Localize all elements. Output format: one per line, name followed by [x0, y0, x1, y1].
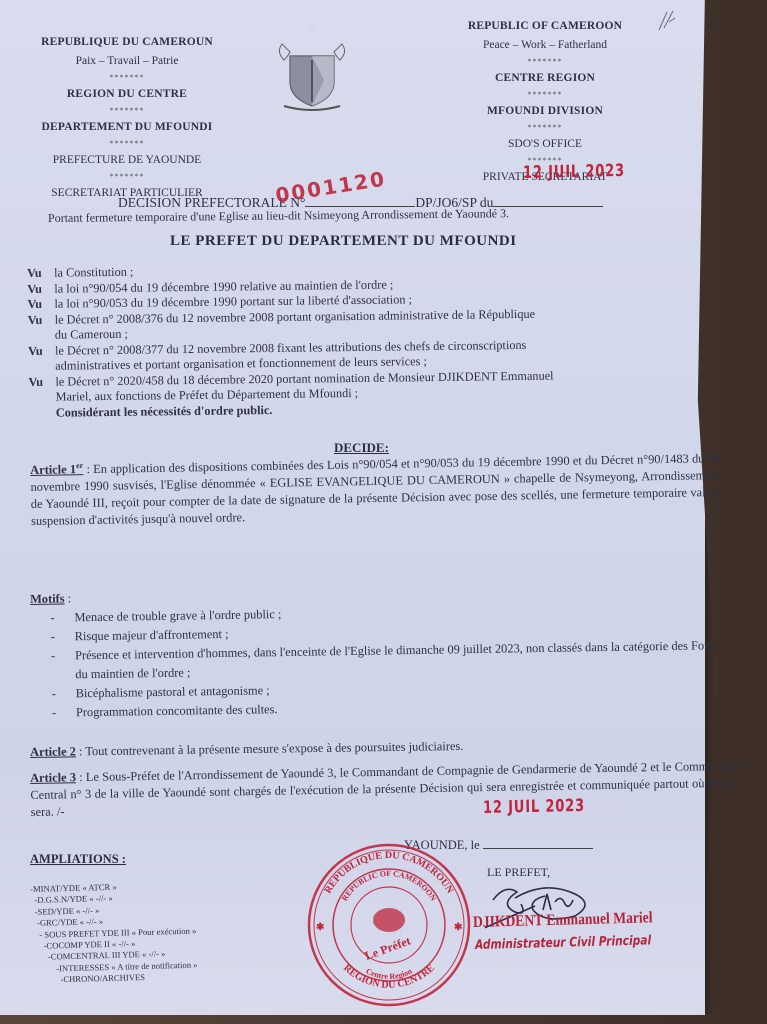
article-3-label: Article 3: [30, 770, 76, 785]
article-3-text: : Le Sous-Préfet de l'Arrondissement de …: [30, 759, 740, 819]
svg-text:·····: ·····: [310, 27, 315, 31]
vu-label: Vu: [27, 297, 54, 313]
authority-title: LE PREFET DU DEPARTEMENT DU MFOUNDI: [170, 233, 517, 250]
vu-label: Vu: [28, 312, 55, 328]
header-line: CENTRE REGION: [430, 71, 660, 85]
motif-text: Programmation concomitante des cultes.: [76, 700, 278, 722]
article-1-label: Article 1er: [30, 462, 83, 477]
vu-list: Vula Constitution ;Vula loi n°90/054 du …: [27, 258, 679, 421]
header-separator: *******: [12, 172, 242, 182]
vu-label: Vu: [27, 266, 54, 282]
header-line: Paix – Travail – Patrie: [12, 54, 242, 68]
vu-label: Vu: [28, 343, 55, 359]
ampliations-title: AMPLIATIONS :: [30, 852, 126, 867]
article-2-label: Article 2: [30, 744, 76, 759]
bullet-dash: -: [50, 608, 74, 627]
article-1: Article 1er : En application des disposi…: [30, 446, 721, 530]
header-line: REPUBLIQUE DU CAMEROUN: [12, 35, 242, 49]
official-seal-icon: REPUBLIQUE DU CAMEROUN REGION DU CENTRE …: [304, 840, 474, 1010]
motifs-section: Motifs : -Menace de trouble grave à l'or…: [30, 579, 732, 723]
header-line: Peace – Work – Fatherland: [430, 38, 660, 52]
cameroon-coat-of-arms-icon: ·····: [272, 22, 352, 114]
bullet-dash: -: [51, 684, 75, 703]
header-separator: *******: [430, 123, 660, 133]
vu-label: Vu: [28, 374, 55, 390]
header-line: REGION DU CENTRE: [12, 87, 242, 101]
svg-text:REPUBLIC OF CAMEROON: REPUBLIC OF CAMEROON: [340, 869, 438, 903]
vu-label: [28, 359, 55, 375]
bullet-dash: -: [52, 703, 76, 722]
motif-text: Risque majeur d'affrontement ;: [75, 625, 229, 646]
motifs-list: -Menace de trouble grave à l'ordre publi…: [30, 598, 732, 723]
header-line: DEPARTEMENT DU MFOUNDI: [12, 120, 242, 134]
header-line: REPUBLIC OF CAMEROON: [430, 19, 660, 33]
header-line: SDO'S OFFICE: [430, 137, 660, 151]
header-separator: *******: [430, 57, 660, 67]
bullet-dash: -: [51, 627, 75, 646]
vu-label: Vu: [27, 281, 54, 297]
bullet-dash: -: [51, 646, 76, 684]
svg-text:✱: ✱: [454, 922, 463, 933]
header-line: PREFECTURE DE YAOUNDE: [12, 153, 242, 167]
vu-label: [28, 328, 55, 344]
header-separator: *******: [430, 90, 660, 100]
motif-text: Menace de trouble grave à l'ordre public…: [74, 605, 281, 627]
article-1-text: : En application des dispositions combin…: [30, 451, 720, 528]
svg-text:✱: ✱: [316, 922, 325, 933]
header-left: REPUBLIQUE DU CAMEROUNPaix – Travail – P…: [12, 35, 242, 205]
motifs-label: Motifs: [30, 591, 65, 606]
vu-label: [29, 390, 56, 406]
header-separator: *******: [12, 106, 242, 116]
header-separator: *******: [12, 73, 242, 83]
ampliations-list: -MINAT/YDE « ATCR »-D.G.S.N/YDE « -//- »…: [30, 880, 198, 987]
svg-text:Le Préfet: Le Préfet: [363, 934, 413, 963]
header-line: MFOUNDI DIVISION: [430, 104, 660, 118]
date-stamp-bottom: 12 JUIL 2023: [483, 796, 585, 818]
date-stamp-top: 12 JUIL 2023: [523, 161, 625, 183]
header-separator: *******: [12, 139, 242, 149]
